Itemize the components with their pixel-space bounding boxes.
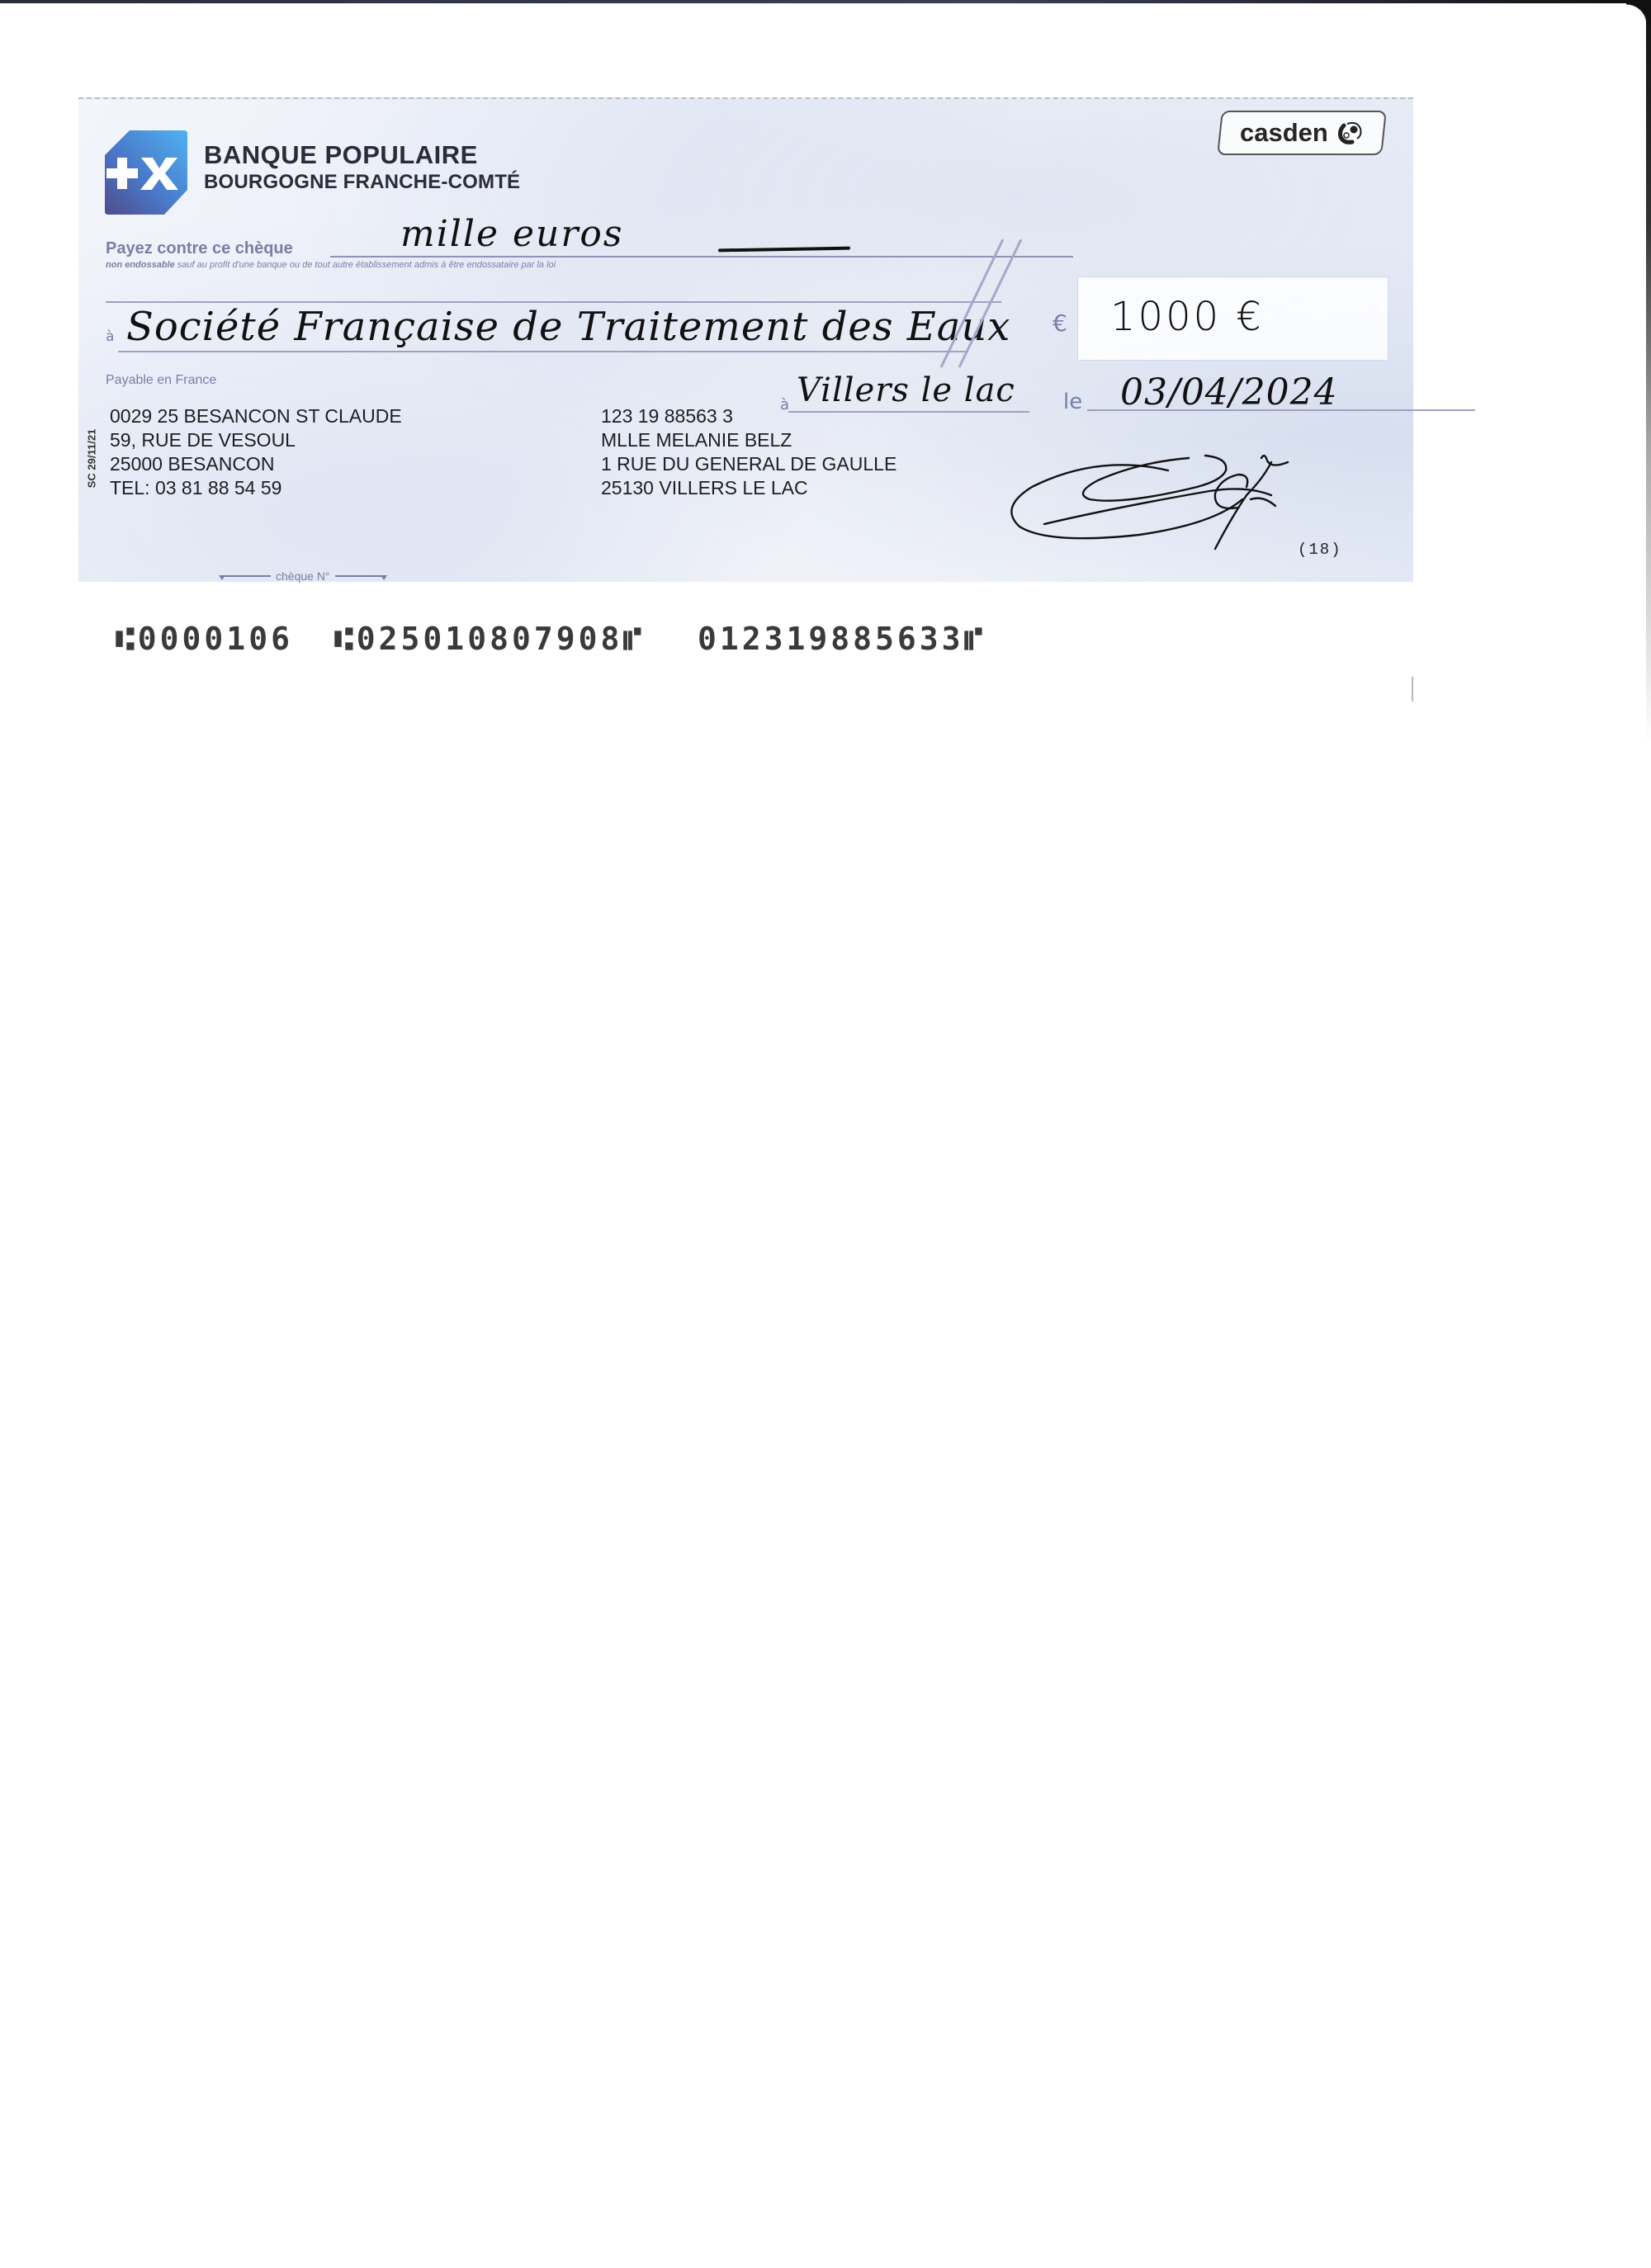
holder-line: 1 RUE DU GENERAL DE GAULLE <box>601 452 896 476</box>
non-endorsable-notice: non endossable sauf au profit d'une banq… <box>106 260 556 270</box>
date-written: 03/04/2024 <box>1120 371 1338 413</box>
branch-line: 0029 25 BESANCON ST CLAUDE <box>110 404 402 428</box>
holder-line: 25130 VILLERS LE LAC <box>601 476 896 500</box>
scan-artifact <box>1412 677 1413 702</box>
branch-line: 59, RUE DE VESOUL <box>110 428 402 452</box>
payable-in-france: Payable en France <box>106 373 216 388</box>
cheque-number-text: chèque N° <box>276 569 330 583</box>
date-prefix: le <box>1063 390 1082 414</box>
non-endorsable-rest: sauf au profit d'une banque ou de tout a… <box>175 260 556 270</box>
cheque-number-label: chèque N° <box>221 569 385 583</box>
micr-cheque-number-text: ⑆0000106 <box>116 621 293 657</box>
micr-account: 012319885633⑈ <box>698 621 986 657</box>
double-slash-mark <box>920 239 1028 371</box>
amount-words-line-2 <box>106 301 1001 303</box>
amount-in-figures: 1000 € <box>1110 294 1264 340</box>
micr-routing-text: ⑆025010807908⑈ <box>334 621 645 657</box>
branch-line: 25000 BESANCON <box>110 452 402 476</box>
scan-corner <box>1626 0 1651 25</box>
arrow-left-icon <box>221 575 271 577</box>
holder-line: 123 19 88563 3 <box>601 404 896 428</box>
amount-in-words: mille euros <box>400 213 623 255</box>
micr-cheque-number: ⑆0000106 <box>116 621 293 657</box>
micr-routing: ⑆025010807908⑈ <box>334 621 645 657</box>
sequence-number: (18) <box>1298 541 1342 559</box>
casden-swirl-icon <box>1336 119 1364 147</box>
payee-prefix: à <box>106 328 114 345</box>
payee-name: Société Française de Traitement des Eaux <box>126 304 1010 350</box>
arrow-right-icon <box>335 575 385 577</box>
pay-label: Payez contre ce chèque <box>106 239 293 258</box>
non-endorsable-bold: non endossable <box>106 260 175 270</box>
branch-address: 0029 25 BESANCON ST CLAUDE 59, RUE DE VE… <box>110 404 402 500</box>
euro-symbol: € <box>1053 309 1067 337</box>
branch-line: TEL: 03 81 88 54 59 <box>110 476 402 500</box>
casden-name: casden <box>1240 118 1328 148</box>
casden-logo: casden <box>1217 111 1387 155</box>
bank-region: BOURGOGNE FRANCHE-COMTÉ <box>204 171 520 194</box>
scan-edge-top <box>0 0 1651 3</box>
payee-line <box>118 351 968 352</box>
holder-line: MLLE MELANIE BELZ <box>601 428 896 452</box>
print-code: SC 29/11/21 <box>85 429 97 489</box>
cheque: BANQUE POPULAIRE BOURGOGNE FRANCHE-COMTÉ… <box>78 97 1413 582</box>
micr-account-text: 012319885633⑈ <box>698 621 986 657</box>
account-holder-address: 123 19 88563 3 MLLE MELANIE BELZ 1 RUE D… <box>601 404 896 500</box>
scan-edge-right <box>1646 0 1651 743</box>
bank-name: BANQUE POPULAIRE <box>204 140 478 170</box>
amount-words-dash <box>718 247 850 253</box>
plus-x-logo-icon <box>105 130 187 215</box>
